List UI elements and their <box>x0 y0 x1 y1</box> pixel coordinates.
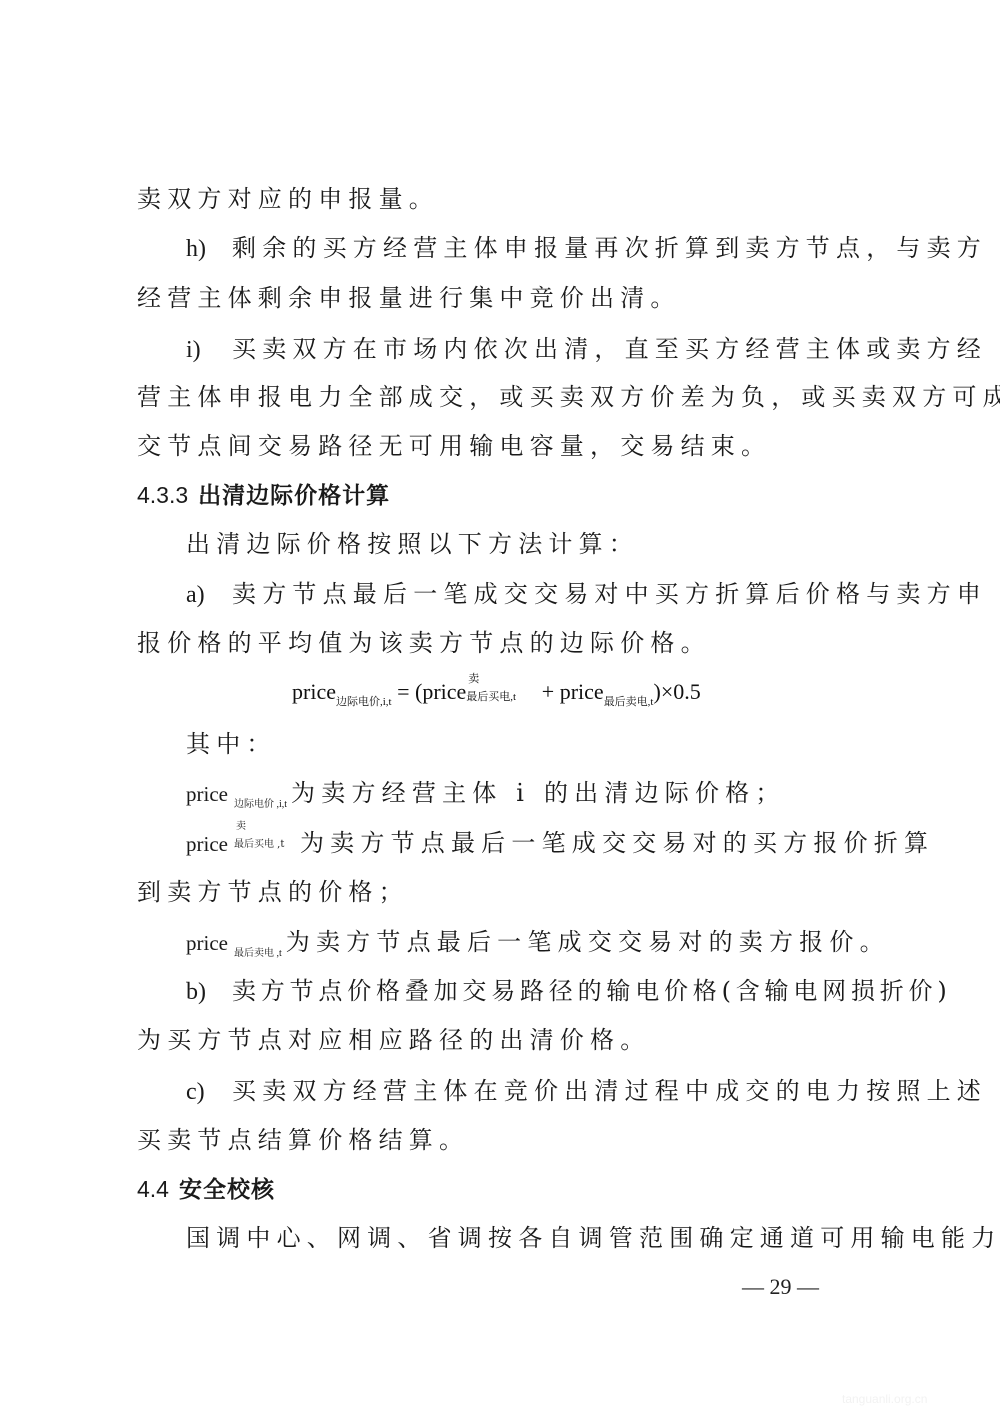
list-marker: h) <box>186 233 232 265</box>
definition-symbol: price <box>186 782 228 806</box>
formula-equals: = ( <box>392 679 423 704</box>
definition-superscript: 卖 <box>236 821 246 832</box>
list-item-text: 剩余的买方经营主体申报量再次折算到卖方节点，与卖方 <box>232 234 987 262</box>
section-4-4-paragraph: 国调中心、网调、省调按各自调管范围确定通道可用输电能力 <box>186 1222 916 1254</box>
section-title: 安全校核 <box>179 1177 275 1203</box>
definition-1: price边际电价 ,i,t为卖方经营主体 i 的出清边际价格； <box>186 777 916 821</box>
list-marker: a) <box>186 579 232 611</box>
list-item-i-continuation: 营主体申报电力全部成交，或买卖双方价差为负，或买卖双方可成 <box>137 381 867 413</box>
definition-text: 到卖方节点的价格； <box>137 878 409 906</box>
definition-text: 为卖方节点最后一笔成交交易对的买方报价折算 <box>300 829 934 857</box>
paragraph-text: 卖双方对应的申报量。 <box>137 185 439 213</box>
list-item-text: 买卖双方在市场内依次出清，直至买方经营主体或卖方经 <box>232 335 987 363</box>
formula-term2: price <box>560 679 604 704</box>
formula-term1-subscript: 最后买电,t <box>466 691 516 703</box>
formula-tail: )×0.5 <box>654 679 701 704</box>
definition-subscript: 边际电价 ,i,t <box>234 799 287 810</box>
list-item-text: 营主体申报电力全部成交，或买卖双方价差为负，或买卖双方可成 <box>137 383 1000 411</box>
definition-symbol: price <box>186 931 228 955</box>
list-item-i-continuation: 交节点间交易路径无可用输电容量，交易结束。 <box>137 430 867 462</box>
document-page: 卖双方对应的申报量。 h)剩余的买方经营主体申报量再次折算到卖方节点，与卖方 经… <box>0 0 1000 1414</box>
list-item-i: i)买卖双方在市场内依次出清，直至买方经营主体或卖方经 <box>186 333 916 366</box>
paragraph-text: 其中： <box>186 730 277 758</box>
formula-term1-superscript: 卖 <box>468 673 479 685</box>
definition-text: 为卖方经营主体 i 的出清边际价格； <box>291 779 786 807</box>
list-item-a: a)卖方节点最后一笔成交交易对中买方折算后价格与卖方申 <box>186 578 916 611</box>
list-item-a-continuation: 报价格的平均值为该卖方节点的边际价格。 <box>137 627 867 659</box>
definition-3: price最后卖电 ,t为卖方节点最后一笔成交交易对的卖方报价。 <box>186 926 916 970</box>
list-marker: b) <box>186 976 232 1008</box>
section-heading-4-3-3: 4.3.3出清边际价格计算 <box>137 479 867 512</box>
list-item-c-continuation: 买卖节点结算价格结算。 <box>137 1124 867 1156</box>
list-item-text: 卖方节点最后一笔成交交易对中买方折算后价格与卖方申 <box>232 580 987 608</box>
definition-scripts: 卖最后买电 ,t <box>228 829 300 853</box>
marginal-price-formula: price边际电价,i,t = (price卖最后买电,t + price最后卖… <box>292 676 701 718</box>
list-item-text: 买卖节点结算价格结算。 <box>137 1126 469 1154</box>
definition-subscript: 最后卖电 ,t <box>234 948 282 959</box>
page-number: — 29 — <box>742 1272 819 1302</box>
list-item-h-continuation: 经营主体剩余申报量进行集中竞价出清。 <box>137 282 867 314</box>
definition-text: 为卖方节点最后一笔成交交易对的卖方报价。 <box>286 928 890 956</box>
section-intro: 出清边际价格按照以下方法计算： <box>186 528 916 560</box>
list-item-c: c)买卖双方经营主体在竞价出清过程中成交的电力按照上述 <box>186 1075 916 1108</box>
paragraph-text: 国调中心、网调、省调按各自调管范围确定通道可用输电能力 <box>186 1224 1000 1252</box>
section-number: 4.3.3 <box>137 482 188 508</box>
formula-lhs: price <box>292 679 336 704</box>
list-marker: i) <box>186 334 232 366</box>
definition-2: price卖最后买电 ,t为卖方节点最后一笔成交交易对的买方报价折算 <box>186 827 916 860</box>
formula-term1: price <box>422 679 466 704</box>
section-title: 出清边际价格计算 <box>198 483 390 509</box>
paragraph-continuation: 卖双方对应的申报量。 <box>137 183 867 215</box>
watermark: tanguanli.org.cn <box>842 1392 927 1406</box>
definition-2-continuation: 到卖方节点的价格； <box>137 876 867 908</box>
formula-lhs-subscript: 边际电价,i,t <box>336 696 392 708</box>
list-marker: c) <box>186 1076 232 1108</box>
list-item-text: 买卖双方经营主体在竞价出清过程中成交的电力按照上述 <box>232 1077 987 1105</box>
list-item-text: 卖方节点价格叠加交易路径的输电价格(含输电网损折价) <box>232 977 952 1005</box>
list-item-text: 交节点间交易路径无可用输电容量，交易结束。 <box>137 432 771 460</box>
formula-term2-subscript: 最后卖电,t <box>604 696 654 708</box>
definition-subscript: 最后买电 ,t <box>234 839 284 850</box>
section-heading-4-4: 4.4安全校核 <box>137 1173 867 1206</box>
list-item-b-continuation: 为买方节点对应相应路径的出清价格。 <box>137 1024 867 1056</box>
list-item-text: 报价格的平均值为该卖方节点的边际价格。 <box>137 629 711 657</box>
list-item-text: 经营主体剩余申报量进行集中竞价出清。 <box>137 284 681 312</box>
where-label: 其中： <box>186 728 916 760</box>
definition-symbol: price <box>186 832 228 856</box>
section-number: 4.4 <box>137 1176 169 1202</box>
list-item-h: h)剩余的买方经营主体申报量再次折算到卖方节点，与卖方 <box>186 232 916 265</box>
formula-term1-scripts: 卖最后买电,t <box>466 679 536 703</box>
paragraph-text: 出清边际价格按照以下方法计算： <box>186 530 639 558</box>
list-item-text: 为买方节点对应相应路径的出清价格。 <box>137 1026 650 1054</box>
list-item-b: b)卖方节点价格叠加交易路径的输电价格(含输电网损折价) <box>186 975 916 1008</box>
formula-plus: + <box>536 679 559 704</box>
